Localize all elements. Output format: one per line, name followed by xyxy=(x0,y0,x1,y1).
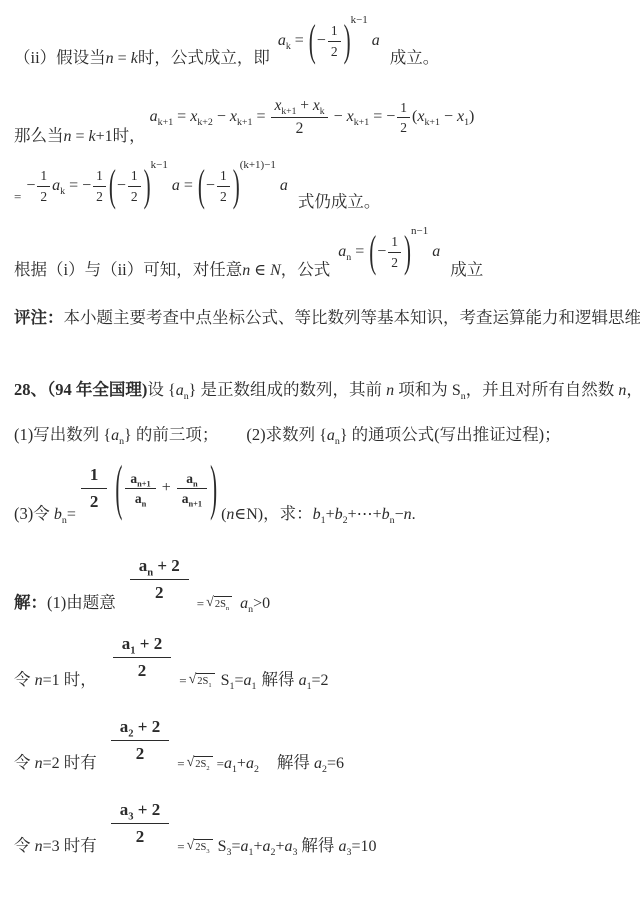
math-run: − xyxy=(317,31,326,52)
text-token: { xyxy=(168,382,176,399)
math-run: 1 xyxy=(40,168,47,183)
text-token: 成立 xyxy=(450,260,483,279)
text-token: ，公式 xyxy=(281,260,331,279)
text-token: 1 xyxy=(96,168,103,183)
fraction: 12 xyxy=(388,233,401,271)
math-run: = xyxy=(14,187,21,208)
text-token: a xyxy=(339,838,347,855)
math-run: − xyxy=(377,242,386,263)
math-run: an = xyxy=(338,242,368,263)
text-token: a xyxy=(176,382,184,399)
radicand: 2S3 xyxy=(194,839,212,855)
text-token: a xyxy=(244,672,252,689)
text-token: 2 xyxy=(331,44,338,59)
subscript: k+1 xyxy=(281,106,296,117)
radical: √2S1 xyxy=(189,673,215,689)
math-run: 成立。 xyxy=(390,47,440,70)
numerator: 1 xyxy=(37,167,50,186)
math-run: = xyxy=(177,754,184,775)
big-paren: ) xyxy=(233,164,240,208)
text-token: a xyxy=(224,755,232,772)
text-token: 1 xyxy=(400,100,407,115)
numerator: 1 xyxy=(328,22,341,41)
denominator: an+1 xyxy=(177,488,207,508)
row-induction-step: 那么当n = k+1时，ak+1 = xk+2 − xk+1 = xk+1 + … xyxy=(14,96,626,147)
text-token: = xyxy=(67,506,76,523)
text-token: − xyxy=(213,108,230,125)
formula-group: an + 22 xyxy=(128,555,191,604)
numerator: an+1 xyxy=(125,470,155,489)
subscript: 2 xyxy=(206,765,209,772)
para-note: 评注：本小题主要考查中点坐标公式、等比数列等基本知识，考查运算能力和逻辑思维能力… xyxy=(14,306,626,333)
numerator: 1 xyxy=(81,464,108,488)
math-run: an xyxy=(135,491,146,506)
text-token: >0 xyxy=(253,595,270,612)
text-token: x xyxy=(313,97,320,114)
para-problem-28: 28、（94 年全国理)设 {an} 是正数组成的数列，其前 n 项和为 Sn，… xyxy=(14,378,626,405)
text-token: a xyxy=(241,838,249,855)
formula-group: = xyxy=(14,187,21,208)
radicand: 2S2 xyxy=(194,756,212,772)
formula-group: an = (−12)n−1a xyxy=(338,233,440,271)
denominator: 2 xyxy=(328,41,341,61)
text-token: 时， xyxy=(113,126,146,145)
text-token: 2 xyxy=(96,189,103,204)
math-run: 1 xyxy=(400,100,407,115)
denominator: 2 xyxy=(397,117,410,137)
big-paren: ) xyxy=(344,19,351,63)
math-run: S3=a1+a2+a3 xyxy=(218,837,298,858)
math-run: − xyxy=(206,176,215,197)
formula-group: a3 + 22 xyxy=(109,799,171,848)
math-run: a3 + 2 xyxy=(120,800,160,819)
text-token: 1 xyxy=(391,234,398,249)
denominator: an xyxy=(125,488,155,508)
text-token: + xyxy=(237,755,246,772)
text-token: 解得 xyxy=(301,836,338,855)
text-token: = xyxy=(173,108,190,125)
big-paren: ( xyxy=(309,19,316,63)
big-paren: ( xyxy=(109,164,116,208)
text-token: − xyxy=(377,243,386,260)
math-run: a xyxy=(280,176,288,197)
text-token: ， xyxy=(626,380,640,399)
text-token: 设 xyxy=(147,380,168,399)
math-run: xk+1 + xk xyxy=(274,97,324,114)
text-token: 2 xyxy=(296,120,304,137)
radical: √2Sn xyxy=(206,596,232,612)
math-run: ak = − xyxy=(52,176,91,197)
math-run: an xyxy=(186,471,197,486)
text-token: 2 xyxy=(155,583,164,602)
text-token: ) xyxy=(469,108,474,125)
text-token: − xyxy=(117,177,126,194)
math-run: 2S3 xyxy=(195,842,209,853)
text-token: + 2 xyxy=(136,634,163,653)
text-token: 2 xyxy=(136,827,145,846)
text-token: 2 xyxy=(40,189,47,204)
denominator: 2 xyxy=(113,657,171,682)
math-run: 28、（94 年全国理)设 {an} 是正数组成的数列，其前 n 项和为 Sn，… xyxy=(14,382,640,399)
math-run: 解得 a3=10 xyxy=(301,835,376,858)
numerator: xk+1 + xk xyxy=(271,96,327,117)
text-token: 评注： xyxy=(14,308,64,327)
numerator: 1 xyxy=(388,233,401,252)
text-token: b xyxy=(54,506,62,523)
denominator: 2 xyxy=(81,488,108,513)
text-token: 2 xyxy=(400,120,407,135)
text-token: = − xyxy=(369,108,395,125)
text-token: a xyxy=(299,672,307,689)
text-token: a xyxy=(280,177,288,194)
para-questions-1-2: (1)写出数列 {an} 的前三项；(2)求数列 {an} 的通项公式(写出推证… xyxy=(14,423,626,450)
numerator: 1 xyxy=(128,167,141,186)
text-token: = xyxy=(291,32,308,49)
subscript: 3 xyxy=(292,848,297,859)
text-token: + 2 xyxy=(134,800,161,819)
numerator: 1 xyxy=(217,167,230,186)
row-case-n1: 令 n=1 时，a1 + 22=√2S1S1=a1解得 a1=2 xyxy=(14,633,626,692)
row-induction-hypothesis: （ii）假设当n = k时，公式成立，即ak = (−12)k−1a成立。 xyxy=(14,22,626,70)
text-token: a xyxy=(172,177,180,194)
fraction: 12 xyxy=(217,167,230,205)
text-token: 1 xyxy=(220,168,227,183)
denominator: 2 xyxy=(93,186,106,206)
text-token: k xyxy=(131,50,138,67)
subscript: n xyxy=(142,500,147,509)
subscript: k+2 xyxy=(197,118,213,129)
text-token: (2)求数列 xyxy=(246,425,319,444)
exponent: (k+1)−1 xyxy=(240,159,276,171)
text-token: n xyxy=(35,672,43,689)
text-token: − xyxy=(440,108,457,125)
text-token: x xyxy=(230,108,237,125)
denominator: 2 xyxy=(111,740,169,765)
math-run: an + 2 xyxy=(139,556,180,575)
text-token: 时有 xyxy=(60,753,97,772)
text-token: ∈N) xyxy=(234,506,263,523)
text-token: 2S xyxy=(195,842,206,853)
row-conclusion-all-n: 根据（i）与（ii）可知，对任意n ∈ N，公式an = (−12)n−1a成立 xyxy=(14,233,626,281)
text-token: 的通项公式(写出推证过程)； xyxy=(348,425,561,444)
math-run: − xyxy=(26,176,35,197)
text-token: = xyxy=(72,128,89,145)
fraction: 12 xyxy=(397,99,410,137)
text-token: a xyxy=(278,32,286,49)
text-token: 根据（i）与（ii）可知，对任意 xyxy=(14,260,242,279)
text-token: +1 xyxy=(96,128,113,145)
big-paren: ) xyxy=(210,458,217,519)
math-run: 2 xyxy=(296,120,304,137)
math-run: 2 xyxy=(220,189,227,204)
text-token: 解： xyxy=(14,593,47,612)
text-token: 28、（94 年全国理) xyxy=(14,380,147,399)
subscript: k+1 xyxy=(237,118,253,129)
text-token: . xyxy=(412,506,416,523)
text-token: = xyxy=(14,189,21,204)
exponent: k−1 xyxy=(351,14,368,26)
text-token: =6 xyxy=(327,755,344,772)
text-token: 时，公式成立，即 xyxy=(138,48,270,67)
subscript: k+1 xyxy=(424,118,440,129)
text-token: 2S xyxy=(215,599,226,610)
text-token: n xyxy=(35,838,43,855)
text-token: = xyxy=(179,673,186,688)
text-token: − xyxy=(330,108,347,125)
text-token: n xyxy=(404,506,412,523)
math-run: 2 xyxy=(131,189,138,204)
text-token: a xyxy=(135,491,142,506)
text-token: 2 xyxy=(131,189,138,204)
math-run: 2 xyxy=(96,189,103,204)
subscript: 1 xyxy=(252,681,257,692)
math-run: 2 xyxy=(400,120,407,135)
row-solution-setup: 解：(1)由题意an + 22=√2Snan>0 xyxy=(14,555,626,614)
text-token: 2 xyxy=(220,189,227,204)
radical: √2S2 xyxy=(187,756,213,772)
text-token: a xyxy=(52,177,60,194)
row-case-n2: 令 n=2 时有a2 + 22=√2S2=a1+a2解得 a2=6 xyxy=(14,716,626,775)
math-run: 1 xyxy=(220,168,227,183)
text-token: + xyxy=(326,506,335,523)
formula-group: ak = (−12)k−1a xyxy=(278,22,380,60)
text-token: a xyxy=(120,717,129,736)
subscript: k+1 xyxy=(354,118,370,129)
text-token: a xyxy=(432,243,440,260)
text-token: =1 xyxy=(43,672,60,689)
math-run: ak = xyxy=(278,31,308,52)
text-token: N xyxy=(270,262,281,279)
text-token: a xyxy=(120,800,129,819)
text-token: 2 xyxy=(391,255,398,270)
text-token: 2 xyxy=(136,744,145,763)
math-run: = xyxy=(197,594,204,615)
text-token: 1 xyxy=(331,23,338,38)
text-token: = xyxy=(197,596,204,611)
fraction: a1 + 22 xyxy=(113,633,171,682)
denominator: 2 xyxy=(130,579,189,604)
text-token: a xyxy=(111,427,119,444)
text-token: = − xyxy=(65,177,91,194)
text-token: 令 xyxy=(14,836,35,855)
math-run: 2 xyxy=(40,189,47,204)
numerator: an + 2 xyxy=(130,555,189,579)
subscript: n+1 xyxy=(188,500,202,509)
text-token: a xyxy=(122,634,131,653)
denominator: 2 xyxy=(217,186,230,206)
text-token: n xyxy=(106,50,114,67)
text-token: a xyxy=(246,755,254,772)
fraction: xk+1 + xk2 xyxy=(271,96,327,139)
math-run: 令 n=3 时有 xyxy=(14,835,97,858)
row-case-n3: 令 n=3 时有a3 + 22=√2S3S3=a1+a2+a3解得 a3=10 xyxy=(14,799,626,858)
fraction: an+1an xyxy=(125,470,155,508)
math-run: 2 xyxy=(136,827,145,846)
fraction: an + 22 xyxy=(130,555,189,604)
text-token: + xyxy=(296,97,313,114)
math-run: (xk+1 − x1) xyxy=(412,107,474,128)
math-run: an>0 xyxy=(240,594,270,615)
numerator: a2 + 2 xyxy=(111,716,169,740)
text-token: x xyxy=(347,108,354,125)
text-token: a xyxy=(327,427,335,444)
math-run: （ii）假设当n = k时，公式成立，即 xyxy=(14,47,270,70)
math-run: 1 xyxy=(131,168,138,183)
math-run: 2 xyxy=(331,44,338,59)
text-token: (3)令 xyxy=(14,504,54,523)
fraction: a2 + 22 xyxy=(111,716,169,765)
big-paren: ( xyxy=(198,164,205,208)
text-token: = xyxy=(231,838,240,855)
text-token: 成立。 xyxy=(390,48,440,67)
subscript: n xyxy=(226,605,229,612)
text-token: { xyxy=(319,427,327,444)
math-run: 2 xyxy=(136,744,145,763)
text-token: ，求： xyxy=(263,504,313,523)
math-run: a xyxy=(432,242,440,263)
fraction: 12 xyxy=(93,167,106,205)
text-token: 1 xyxy=(40,168,47,183)
text-token: } xyxy=(340,427,348,444)
math-run: 根据（i）与（ii）可知，对任意n ∈ N，公式 xyxy=(14,259,330,282)
text-token: S xyxy=(452,382,461,399)
text-token: = xyxy=(234,672,243,689)
subscript: n+1 xyxy=(137,479,151,488)
text-token: S xyxy=(218,838,227,855)
math-run: 2Sn xyxy=(215,599,229,610)
radical-sign: √ xyxy=(187,839,195,854)
text-token: 那么当 xyxy=(14,126,64,145)
math-run: an+1 xyxy=(182,491,202,506)
math-run: = xyxy=(179,671,186,692)
math-run: 那么当n = k+1时， xyxy=(14,125,146,148)
math-run: 2 xyxy=(138,661,147,680)
text-token: ，并且对所有自然数 xyxy=(466,380,619,399)
radical-sign: √ xyxy=(206,596,214,611)
exponent: k−1 xyxy=(151,159,168,171)
text-token: k xyxy=(89,128,96,145)
formula-group: −12ak = −12(−12)k−1a = (−12)(k+1)−1a xyxy=(26,167,288,205)
text-token: = xyxy=(252,108,269,125)
math-run: (2)求数列 {an} 的通项公式(写出推证过程)； xyxy=(246,427,560,444)
text-token: a xyxy=(372,32,380,49)
exponent: n−1 xyxy=(411,225,428,237)
math-document-page: （ii）假设当n = k时，公式成立，即ak = (−12)k−1a成立。那么当… xyxy=(0,0,640,905)
row-question-3: (3)令 bn=12(an+1an + anan+1)(n∈N)，求：b1+b2… xyxy=(14,464,626,525)
text-token: 本小题主要考查中点坐标公式、等比数列等基本知识，考查运算能力和逻辑思维能力。 xyxy=(64,308,640,327)
fraction: 12 xyxy=(328,22,341,60)
math-run: − xyxy=(117,176,126,197)
math-run: 解：(1)由题意 xyxy=(14,592,116,615)
denominator: 2 xyxy=(271,117,327,139)
math-run: 2 xyxy=(391,255,398,270)
formula-group: a2 + 22 xyxy=(109,716,171,765)
big-paren: ) xyxy=(404,230,411,274)
text-token: (1)写出数列 xyxy=(14,425,103,444)
text-token: =3 xyxy=(43,838,60,855)
math-run: − xk+1 = − xyxy=(330,107,396,128)
radical: √2S3 xyxy=(187,839,213,855)
math-run: (3)令 bn= xyxy=(14,503,76,526)
big-paren: ( xyxy=(369,230,376,274)
math-run: a xyxy=(372,31,380,52)
denominator: 2 xyxy=(111,823,169,848)
math-run: 成立 xyxy=(450,259,483,282)
math-run: a = xyxy=(172,176,197,197)
math-run: (1)写出数列 {an} 的前三项； xyxy=(14,427,218,444)
denominator: 2 xyxy=(388,252,401,272)
math-run: + xyxy=(158,478,175,499)
text-token: a xyxy=(240,595,248,612)
radical-sign: √ xyxy=(189,673,197,688)
text-token: + xyxy=(158,479,175,496)
math-run: = xyxy=(177,837,184,858)
row-induction-conclusion: =−12ak = −12(−12)k−1a = (−12)(k+1)−1a式仍成… xyxy=(14,167,626,213)
subscript: k xyxy=(320,106,325,117)
text-token: n xyxy=(64,128,72,145)
fraction: 12 xyxy=(81,464,108,513)
text-token: b xyxy=(335,506,343,523)
text-token: − xyxy=(395,506,404,523)
text-token: +⋯+ xyxy=(348,506,382,523)
text-token: 令 xyxy=(14,670,35,689)
text-token: = xyxy=(177,756,184,771)
text-token: = xyxy=(217,756,224,771)
text-token: 解得 xyxy=(261,670,298,689)
text-token: 2S xyxy=(195,759,206,770)
text-token: 解得 xyxy=(277,753,314,772)
text-token: = xyxy=(114,50,131,67)
text-token: 项和为 xyxy=(394,380,452,399)
text-token: a xyxy=(150,108,158,125)
text-token: = xyxy=(180,177,197,194)
text-token: =2 xyxy=(312,672,329,689)
text-token: a xyxy=(314,755,322,772)
text-token: a xyxy=(186,471,193,486)
text-token: } xyxy=(124,427,132,444)
big-paren: ) xyxy=(144,164,151,208)
text-token: (1)由题意 xyxy=(47,593,116,612)
text-token: 2 xyxy=(138,661,147,680)
formula-group: a1 + 22 xyxy=(111,633,173,682)
math-run: 解得 a2=6 xyxy=(277,752,344,775)
text-token: 2S xyxy=(197,676,208,687)
text-token: =10 xyxy=(352,838,377,855)
formula-group: ak+1 = xk+2 − xk+1 = xk+1 + xk2 − xk+1 =… xyxy=(150,96,475,139)
math-run: 解得 a1=2 xyxy=(261,669,328,692)
text-token: − xyxy=(206,177,215,194)
numerator: 1 xyxy=(397,99,410,118)
text-token: b xyxy=(313,506,321,523)
text-token: { xyxy=(103,427,111,444)
math-run: =a1+a2 xyxy=(217,754,259,775)
fraction: anan+1 xyxy=(177,470,207,508)
formula-group: 12(an+1an + anan+1) xyxy=(79,464,218,513)
radical-sign: √ xyxy=(187,756,195,771)
text-token: − xyxy=(317,32,326,49)
subscript: n xyxy=(193,479,198,488)
subscript: 1 xyxy=(208,682,211,689)
text-token: （ii）假设当 xyxy=(14,48,106,67)
big-paren: ( xyxy=(115,458,122,519)
math-run: a2 + 2 xyxy=(120,717,160,736)
math-run: 2S1 xyxy=(197,676,211,687)
denominator: 2 xyxy=(128,186,141,206)
text-token: S xyxy=(221,672,230,689)
text-token: 2 xyxy=(90,492,99,511)
math-run: ak+1 = xk+2 − xk+1 = xyxy=(150,107,270,128)
text-token: 1 xyxy=(131,168,138,183)
